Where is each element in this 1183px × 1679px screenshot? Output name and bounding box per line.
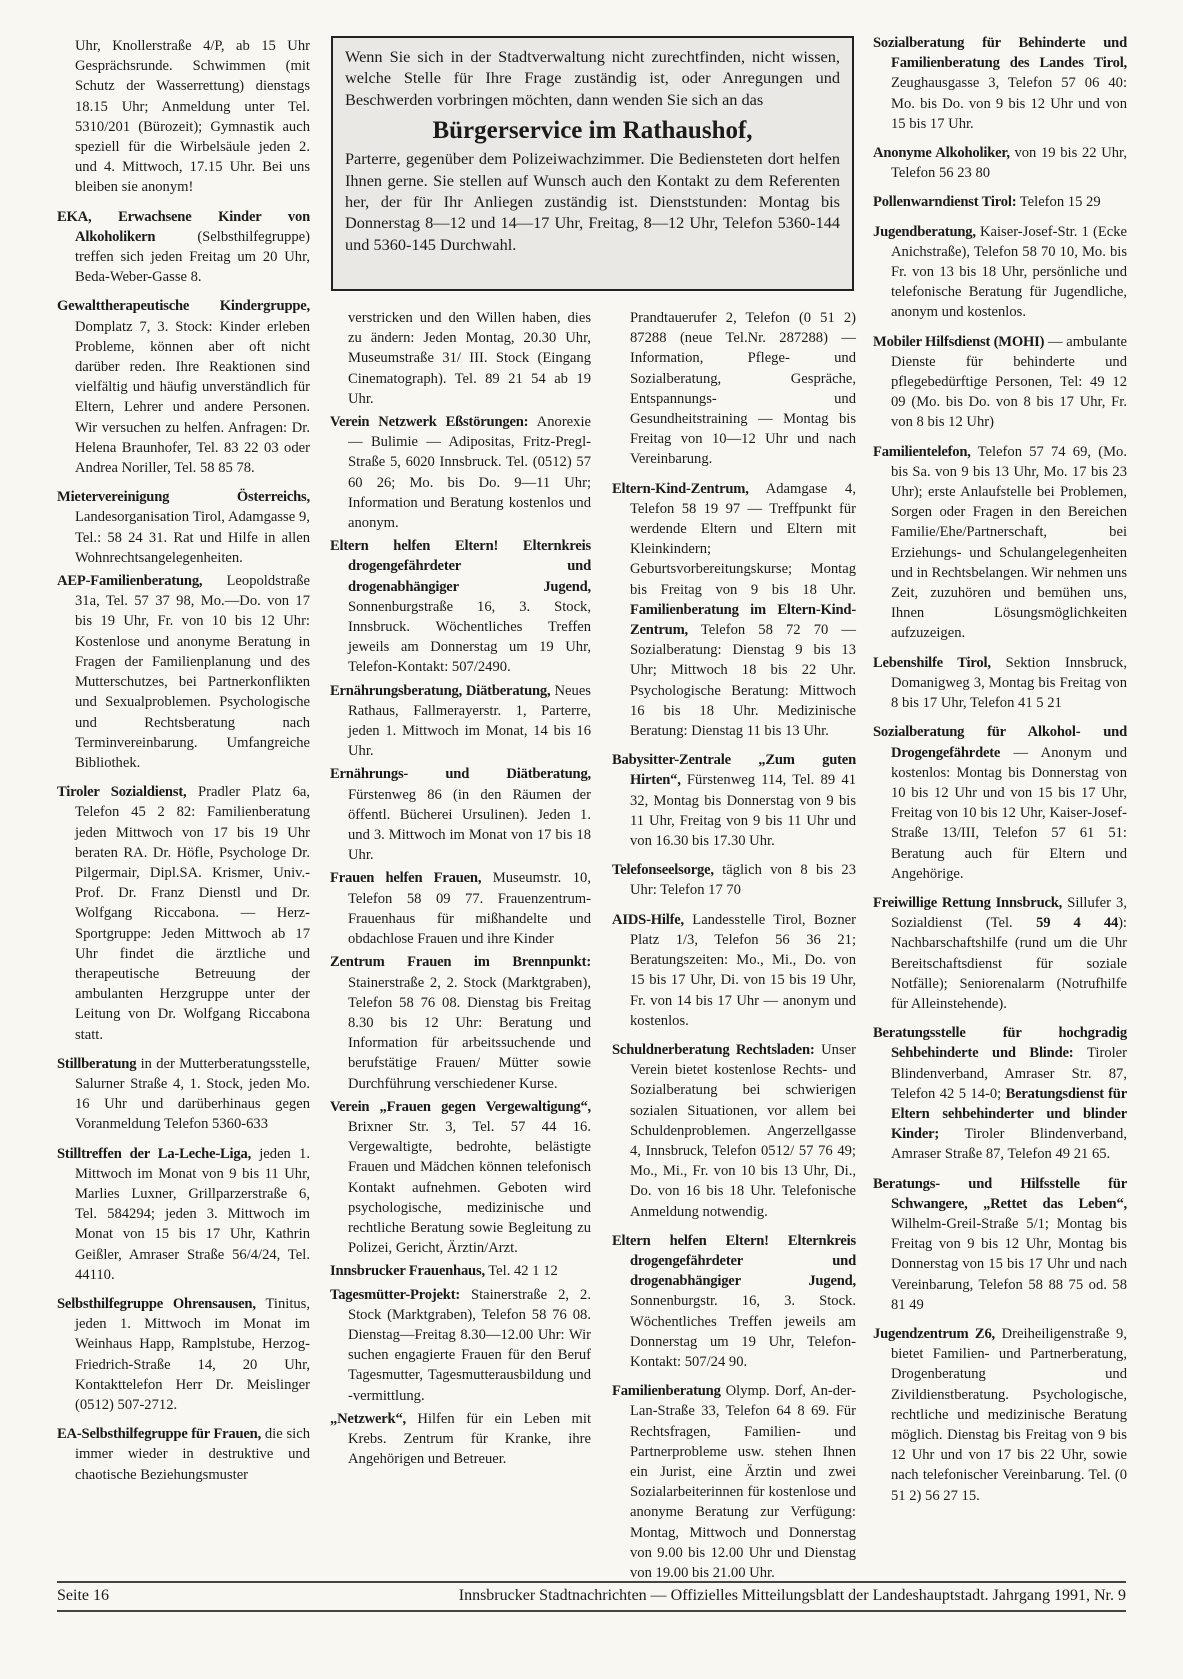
listing-entry: Schuldnerberatung Rechtsladen: Unser Ver…	[612, 1040, 856, 1222]
entry-text: Fürstenweg 86 (in den Räumen der öffentl…	[348, 787, 591, 864]
listing-entry: Jugendzentrum Z6, Dreiheiligenstraße 9, …	[873, 1324, 1127, 1506]
entry-text: Sonnenburgstr. 16, 3. Stock. Wöchentlich…	[630, 1293, 856, 1370]
entry-text: Landesorganisation Tirol, Adamgasse 9, T…	[75, 509, 310, 565]
listing-entry: EKA, Erwachsene Kinder von Alkoholikern …	[57, 207, 310, 288]
listing-entry: Frauen helfen Frauen, Museumstr. 10, Tel…	[330, 868, 591, 949]
listing-entry: Freiwillige Rettung Innsbruck, Sillufer …	[873, 893, 1127, 1014]
entry-title: Sozialberatung für Behinderte und Famili…	[873, 35, 1127, 71]
entry-text: Prandtauerufer 2, Telefon (0 51 2) 87288…	[630, 310, 856, 467]
listing-entry: Verein „Frauen gegen Vergewaltigung“, Br…	[330, 1097, 591, 1259]
listing-entry: verstricken und den Willen haben, dies z…	[330, 308, 591, 409]
entry-text: Telefon 57 74 69, (Mo. bis Sa. von 9 bis…	[891, 444, 1127, 642]
entry-text: Wilhelm-Greil-Straße 5/1; Montag bis Fre…	[891, 1216, 1127, 1313]
entry-phone-bold: 59 4 44	[1036, 915, 1118, 931]
entry-text: Sonnenburgstraße 16, 3. Stock, Innsbruck…	[348, 599, 591, 676]
entry-title: Eltern helfen Eltern! Elternkreis drogen…	[612, 1233, 856, 1289]
entry-title: Tiroler Sozialdienst,	[57, 784, 186, 800]
entry-text: Stainerstraße 2, 2. Stock (Marktgraben),…	[348, 1287, 591, 1404]
listing-entry: Anonyme Alkoholiker, von 19 bis 22 Uhr, …	[873, 143, 1127, 183]
listing-entry: Lebenshilfe Tirol, Sektion Innsbruck, Do…	[873, 653, 1127, 714]
listing-entry: Zentrum Frauen im Brennpunkt: Stainerstr…	[330, 952, 591, 1093]
page-number: Seite 16	[57, 1583, 109, 1608]
listing-entry: Sozialberatung für Behinderte und Famili…	[873, 33, 1127, 134]
entry-title: Jugendberatung,	[873, 224, 976, 240]
listing-entry: Eltern helfen Eltern! Elternkreis drogen…	[330, 536, 591, 677]
entry-title: Tagesmütter-Projekt:	[330, 1287, 460, 1303]
entry-title: Innsbrucker Frauenhaus,	[330, 1263, 485, 1279]
entry-text: Landesstelle Tirol, Bozner Platz 1/3, Te…	[630, 912, 856, 1029]
listing-entry: Uhr, Knollerstraße 4/P, ab 15 Uhr Gesprä…	[57, 36, 310, 198]
column-3: Prandtauerufer 2, Telefon (0 51 2) 87288…	[612, 308, 856, 1592]
listing-entry: Beratungs- und Hilfsstelle für Schwanger…	[873, 1174, 1127, 1315]
entry-text: Pradler Platz 6a, Telefon 45 2 82: Famil…	[75, 784, 310, 1042]
listing-entry: Stillberatung in der Mutterberatungsstel…	[57, 1054, 310, 1135]
entry-title: Familienberatung	[612, 1383, 721, 1399]
entry-title: Anonyme Alkoholiker,	[873, 145, 1010, 161]
entry-title: Frauen helfen Frauen,	[330, 870, 481, 886]
entry-title: Lebenshilfe Tirol,	[873, 655, 991, 671]
listing-entry: Mietervereinigung Österreichs, Landesorg…	[57, 487, 310, 568]
listing-entry: Telefonseelsorge, täglich von 8 bis 23 U…	[612, 860, 856, 900]
entry-text: Anorexie — Bulimie — Adipositas, Fritz-P…	[348, 414, 591, 531]
entry-text: Unser Verein bietet kostenlose Rechts- u…	[630, 1042, 856, 1220]
entry-title: Mobiler Hilfsdienst (MOHI)	[873, 334, 1044, 350]
listing-entry: EA-Selbsthilfegruppe für Frauen, die sic…	[57, 1424, 310, 1485]
entry-title: „Netzwerk“,	[330, 1411, 406, 1427]
listing-entry: AIDS-Hilfe, Landesstelle Tirol, Bozner P…	[612, 910, 856, 1031]
column-1: Uhr, Knollerstraße 4/P, ab 15 Uhr Gesprä…	[57, 36, 310, 1494]
listing-entry: Verein Netzwerk Eßstörungen: Anorexie — …	[330, 412, 591, 533]
entry-text: Telefon 15 29	[1016, 194, 1100, 210]
infobox-body: Parterre, gegenüber dem Polizeiwachzimme…	[345, 148, 840, 255]
listing-entry: Prandtauerufer 2, Telefon (0 51 2) 87288…	[612, 308, 856, 470]
listing-entry: AEP-Familienberatung, Leopoldstraße 31a,…	[57, 571, 310, 773]
entry-title: Stilltreffen der La-Leche-Liga,	[57, 1146, 251, 1162]
listing-entry: Jugendberatung, Kaiser-Josef-Str. 1 (Eck…	[873, 222, 1127, 323]
entry-text: Stainerstraße 2, 2. Stock (Marktgraben),…	[348, 975, 591, 1092]
entry-title: Selbsthilfegruppe Ohrensausen,	[57, 1296, 256, 1312]
entry-title: Jugendzentrum Z6,	[873, 1326, 995, 1342]
publication-masthead: Innsbrucker Stadtnachrichten — Offiziell…	[459, 1583, 1126, 1608]
entry-text: Uhr, Knollerstraße 4/P, ab 15 Uhr Gesprä…	[75, 38, 310, 195]
entry-title: Eltern helfen Eltern! Elternkreis drogen…	[330, 538, 591, 594]
entry-text: Dreiheiligenstraße 9, bietet Familien- u…	[891, 1326, 1127, 1504]
entry-text: — Anonym und kostenlos: Montag bis Donne…	[891, 745, 1127, 882]
listing-entry: Tiroler Sozialdienst, Pradler Platz 6a, …	[57, 782, 310, 1045]
listing-entry: Eltern-Kind-Zentrum, Adamgase 4, Telefon…	[612, 479, 856, 742]
entry-text: Brixner Str. 3, Tel. 57 44 16. Vergewalt…	[348, 1119, 591, 1256]
listing-entry: Mobiler Hilfsdienst (MOHI) — ambulante D…	[873, 332, 1127, 433]
listing-entry: Gewalttherapeutische Kindergruppe, Dompl…	[57, 296, 310, 478]
entry-title: Ernährungsberatung, Diätberatung,	[330, 683, 550, 699]
entry-title: Verein „Frauen gegen Vergewaltigung“,	[330, 1099, 591, 1115]
listing-entry: Familienberatung Olymp. Dorf, An-der-Lan…	[612, 1381, 856, 1583]
column-4: Sozialberatung für Behinderte und Famili…	[873, 33, 1127, 1515]
entry-text: Domplatz 7, 3. Stock: Kinder erleben Pro…	[75, 319, 310, 476]
entry-title: Pollenwarndienst Tirol:	[873, 194, 1016, 210]
entry-text: Leopoldstraße 31a, Tel. 57 37 98, Mo.—Do…	[75, 573, 310, 771]
entry-title: Stillberatung	[57, 1056, 136, 1072]
entry-text: jeden 1. Mittwoch im Monat von 9 bis 11 …	[75, 1146, 310, 1283]
listing-entry: Pollenwarndienst Tirol: Telefon 15 29	[873, 192, 1127, 212]
infobox-headline: Bürgerservice im Rathaushof,	[345, 116, 840, 146]
entry-text: Olymp. Dorf, An-der-Lan-Straße 33, Telef…	[630, 1383, 856, 1581]
listing-entry: Sozialberatung für Alkohol- und Drogenge…	[873, 722, 1127, 884]
listing-entry: Selbsthilfegruppe Ohrensausen, Tinitus, …	[57, 1294, 310, 1415]
listing-entry: Stilltreffen der La-Leche-Liga, jeden 1.…	[57, 1144, 310, 1285]
entry-title: Eltern-Kind-Zentrum,	[612, 481, 749, 497]
entry-text: Adamgase 4, Telefon 58 19 97 — Treffpunk…	[630, 481, 856, 598]
listing-entry: Ernährungsberatung, Diätberatung, Neues …	[330, 681, 591, 762]
entry-text: verstricken und den Willen haben, dies z…	[348, 310, 591, 407]
entry-title: Ernährungs- und Diätberatung,	[330, 766, 591, 782]
column-2: verstricken und den Willen haben, dies z…	[330, 308, 591, 1472]
entry-title: Freiwillige Rettung Innsbruck,	[873, 895, 1062, 911]
buergerservice-infobox: Wenn Sie sich in der Stadtverwaltung nic…	[331, 36, 854, 291]
entry-text: Telefon 58 72 70 — Sozialberatung: Diens…	[630, 622, 856, 739]
infobox-intro: Wenn Sie sich in der Stadtverwaltung nic…	[345, 46, 840, 110]
listing-entry: Innsbrucker Frauenhaus, Tel. 42 1 12	[330, 1261, 591, 1281]
entry-title: Zentrum Frauen im Brennpunkt:	[330, 954, 591, 970]
entry-title: AIDS-Hilfe,	[612, 912, 684, 928]
entry-title: Beratungs- und Hilfsstelle für Schwanger…	[873, 1176, 1127, 1212]
entry-title: Familientelefon,	[873, 444, 971, 460]
entry-title: EA-Selbsthilfegruppe für Frauen,	[57, 1426, 261, 1442]
entry-text: Zeughausgasse 3, Telefon 57 06 40: Mo. b…	[891, 75, 1127, 131]
entry-title: AEP-Familienberatung,	[57, 573, 202, 589]
entry-title: Mietervereinigung Österreichs,	[57, 489, 310, 505]
entry-title: Telefonseelsorge,	[612, 862, 714, 878]
entry-text: Tel. 42 1 12	[485, 1263, 558, 1279]
listing-entry: Beratungsstelle für hochgradig Sehbehind…	[873, 1023, 1127, 1164]
listing-entry: Ernährungs- und Diätberatung, Fürstenweg…	[330, 764, 591, 865]
listing-entry: Familientelefon, Telefon 57 74 69, (Mo. …	[873, 442, 1127, 644]
listing-entry: „Netzwerk“, Hilfen für ein Leben mit Kre…	[330, 1409, 591, 1470]
listing-entry: Babysitter-Zentrale „Zum guten Hirten“, …	[612, 750, 856, 851]
entry-text: Tinitus, jeden 1. Mittwoch im Monat im W…	[75, 1296, 310, 1413]
listing-entry: Eltern helfen Eltern! Elternkreis drogen…	[612, 1231, 856, 1372]
page-footer: Seite 16 Innsbrucker Stadtnachrichten — …	[57, 1581, 1126, 1612]
entry-title: Verein Netzwerk Eßstörungen:	[330, 414, 528, 430]
entry-title: Gewalttherapeutische Kindergruppe,	[57, 298, 310, 314]
entry-title: Schuldnerberatung Rechtsladen:	[612, 1042, 815, 1058]
listing-entry: Tagesmütter-Projekt: Stainerstraße 2, 2.…	[330, 1285, 591, 1406]
